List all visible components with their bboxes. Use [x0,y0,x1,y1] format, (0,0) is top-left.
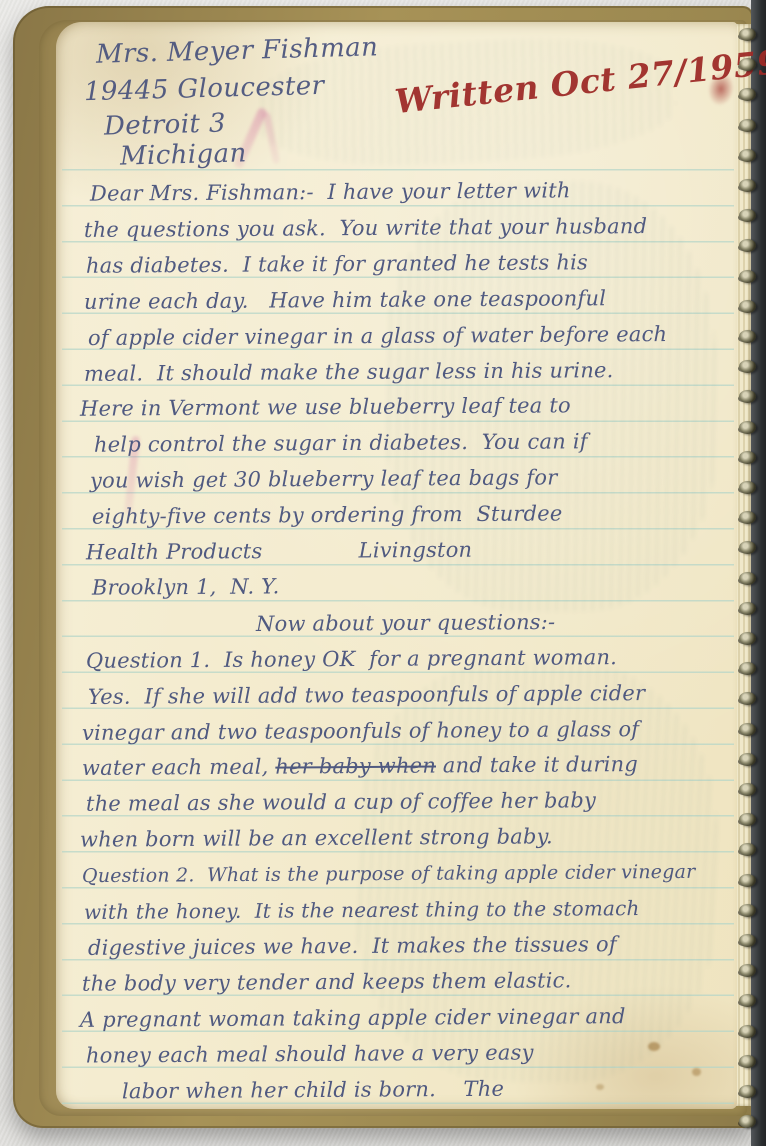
letter-line: Here in Vermont we use blueberry leaf te… [80,389,571,426]
letter-text: Question 1. Is honey OK for a pregnant w… [86,645,617,673]
letter-text: Health Products Livingston [86,538,472,565]
spiral-coil [739,1025,756,1038]
spiral-coil [739,874,756,887]
letter-line: the body very tender and keeps them elas… [82,963,572,1000]
letter-line: digestive juices we have. It makes the t… [88,927,617,965]
letter-line: Brooklyn 1, N. Y. [92,569,280,604]
letter-line: Now about your questions:- [256,605,556,641]
letter-text: you wish get 30 blueberry leaf tea bags … [90,466,558,493]
spiral-coil [739,572,756,585]
letter-text: the body very tender and keeps them elas… [82,968,572,995]
struck-text: her baby when [275,754,436,779]
letter-text: Now about your questions:- [256,610,555,636]
spiral-coil [739,783,756,796]
spiral-coil [739,451,756,464]
letter-line: honey each meal should have a very easy [86,1035,534,1072]
letter-text: labor when her child is born. The [122,1076,504,1103]
letter-text: water each meal, [82,755,275,780]
spiral-coil [739,270,756,283]
letter-text: the questions you ask. You write that yo… [84,214,647,242]
letter-text: Yes. If she will add two teaspoonfuls of… [88,681,645,709]
letter-line: has diabetes. I take it for granted he t… [86,245,588,283]
spiral-coil [739,1085,756,1098]
letter-text: and take it during [436,752,638,777]
letter-line: of apple cider vinegar in a glass of wat… [88,317,667,355]
letter-text: digestive juices we have. It makes the t… [88,932,617,960]
spiral-coil [739,481,756,494]
letter-text: Dear Mrs. Fishman:- I have your letter w… [90,178,571,205]
letter-body: Dear Mrs. Fishman:- I have your letter w… [56,22,737,1109]
letter-line: labor when her child is born. The [122,1071,504,1108]
letter-text: A pregnant woman taking apple cider vine… [80,1004,626,1032]
letter-line: Dear Mrs. Fishman:- I have your letter w… [90,173,571,210]
letter-line: help control the sugar in diabetes. You … [94,425,588,462]
letter-line: when born will be an excellent strong ba… [80,820,553,857]
letter-text: Brooklyn 1, N. Y. [92,574,280,599]
letter-text: vinegar and two teaspoonfuls of honey to… [82,717,639,745]
letter-text: has diabetes. I take it for granted he t… [86,250,588,278]
letter-text: when born will be an excellent strong ba… [80,825,553,852]
spiral-coil [739,904,756,917]
letter-line: you wish get 30 blueberry leaf tea bags … [90,461,558,498]
letter-line: Question 2. What is the purpose of takin… [82,855,696,893]
letter-text: Here in Vermont we use blueberry leaf te… [80,394,571,421]
spiral-coil [739,1055,756,1068]
spiral-coil [739,632,756,645]
spiral-coil [739,330,756,343]
letter-line: the meal as she would a cup of coffee he… [86,784,596,822]
spiral-coil [739,753,756,766]
letter-text: meal. It should make the sugar less in h… [84,358,614,386]
letter-text: eighty-five cents by ordering from Sturd… [92,501,563,528]
letter-text: help control the sugar in diabetes. You … [94,430,588,457]
letter-line: the questions you ask. You write that yo… [84,209,647,247]
letter-line: Question 1. Is honey OK for a pregnant w… [86,640,617,678]
letter-text: honey each meal should have a very easy [86,1040,534,1067]
letter-line: A pregnant woman taking apple cider vine… [80,999,626,1037]
spiral-coil [739,723,756,736]
letter-line: vinegar and two teaspoonfuls of honey to… [82,712,639,750]
letter-text: Question 2. What is the purpose of takin… [82,861,696,887]
spiral-coil [739,602,756,615]
letter-line: water each meal, her baby when and take … [82,747,638,785]
letter-line: eighty-five cents by ordering from Sturd… [92,496,563,533]
letter-line: Yes. If she will add two teaspoonfuls of… [88,676,645,714]
letter-line: with the honey. It is the nearest thing … [84,891,640,929]
notebook-page: Mrs. Meyer Fishman 19445 Gloucester Detr… [56,22,737,1109]
spiral-coil [739,119,756,132]
desk-background: Mrs. Meyer Fishman 19445 Gloucester Detr… [0,0,766,1146]
spiral-coil [739,300,756,313]
spiral-coil [739,149,756,162]
spiral-coil [739,28,756,41]
spiral-coil [739,934,756,947]
letter-text: urine each day. Have him take one teaspo… [84,286,606,314]
letter-line: Health Products Livingston [86,533,472,570]
letter-line: meal. It should make the sugar less in h… [84,353,614,391]
letter-text: with the honey. It is the nearest thing … [84,896,640,924]
spiral-coil [739,421,756,434]
letter-text: the meal as she would a cup of coffee he… [86,789,596,817]
letter-line: urine each day. Have him take one teaspo… [84,281,606,319]
spiral-coil [739,179,756,192]
letter-text: of apple cider vinegar in a glass of wat… [88,322,667,350]
